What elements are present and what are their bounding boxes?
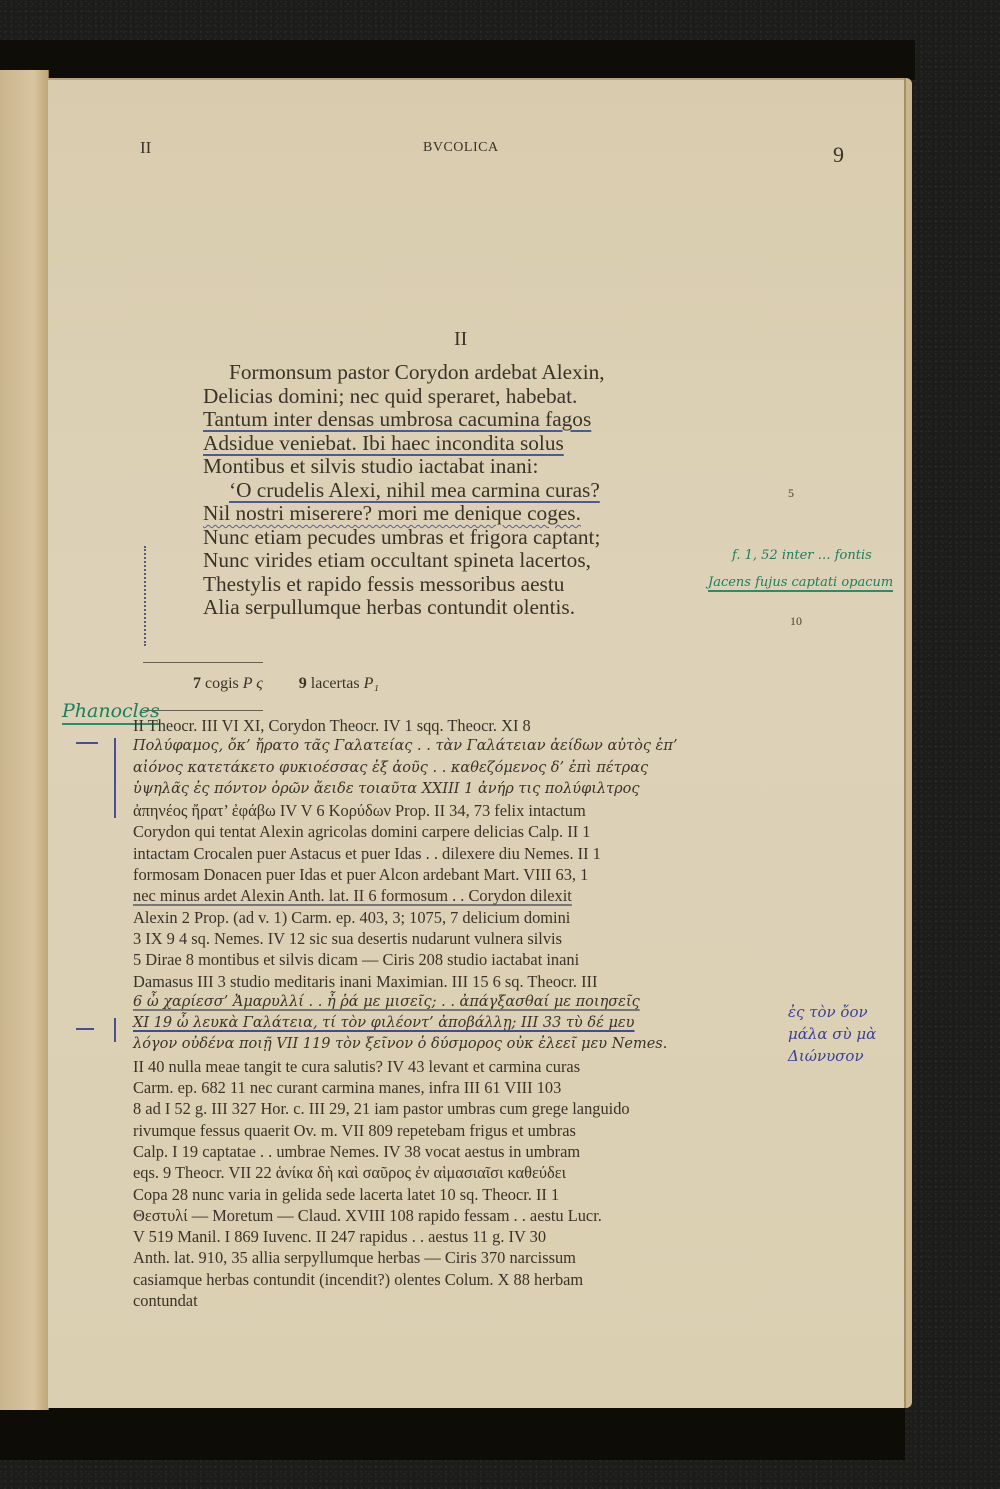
- note-line: formosam Donacen puer Idas et puer Alcon…: [133, 864, 830, 885]
- note-line: Θεστυλί — Moretum — Claud. XVIII 108 rap…: [133, 1205, 830, 1226]
- note-line: Damasus III 3 studio meditaris inani Max…: [133, 971, 830, 992]
- verse-11: Alia serpullumque herbas contundit olent…: [203, 596, 763, 620]
- note-line: 5 Dirae 8 montibus et silvis dicam — Cir…: [133, 949, 830, 970]
- verse-10: Thestylis et rapido fessis messoribus ae…: [203, 573, 763, 597]
- line-number-10: 10: [790, 614, 802, 629]
- note-line: αἰόνος κατετάκετο φυκιοέσσας ἐξ ἀοῦς . .…: [133, 758, 830, 779]
- note-line: intactam Crocalen puer Astacus et puer I…: [133, 843, 830, 864]
- verse-4: Adsidue veniebat. Ibi haec incondita sol…: [203, 432, 763, 456]
- running-header: II BVCOLICA 9: [48, 138, 906, 168]
- note-line: ἀπηνέος ἤρατ’ ἐφάβω IV V 6 Κορύδων Prop.…: [133, 800, 830, 821]
- commentary-notes: II Theocr. III VI XI, Corydon Theocr. IV…: [133, 715, 830, 1311]
- margin-wavy-mark: [144, 546, 156, 646]
- note-line: II 40 nulla meae tangit te cura salutis?…: [133, 1056, 830, 1077]
- rule-bottom: [143, 710, 263, 711]
- line-number-5: 5: [788, 486, 794, 501]
- verse-8: Nunc etiam pecudes umbras et frigora cap…: [203, 526, 763, 550]
- verse-2: Delicias domini; nec quid speraret, habe…: [203, 385, 763, 409]
- verse-7: Nil nostri miserere? mori me denique cog…: [203, 502, 763, 526]
- note-line: Anth. lat. 910, 35 allia serpyllumque he…: [133, 1247, 830, 1268]
- verse-9: Nunc virides etiam occultant spineta lac…: [203, 549, 763, 573]
- handwritten-green-note-2: Jacens fujus captati opacum: [708, 575, 893, 592]
- note-line: Alexin 2 Prop. (ad v. 1) Carm. ep. 403, …: [133, 907, 830, 928]
- note-line: 3 IX 9 4 sq. Nemes. IV 12 sic sua desert…: [133, 928, 830, 949]
- verse-6: ‘O crudelis Alexi, nihil mea carmina cur…: [203, 479, 763, 503]
- note-line: eqs. 9 Theocr. VII 22 ἁνίκα δὴ καὶ σαῦρο…: [133, 1162, 830, 1183]
- verse-5: Montibus et silvis studio iactabat inani…: [203, 455, 763, 479]
- note-line: rivumque fessus quaerit Ov. m. VII 809 r…: [133, 1120, 830, 1141]
- handwritten-green-note-1: f. 1, 52 inter … fontis: [732, 548, 872, 563]
- header-section-number: II: [140, 138, 151, 158]
- note-line: 8 ad I 52 g. III 327 Hor. c. III 29, 21 …: [133, 1098, 830, 1119]
- book-page: II BVCOLICA 9 II Formonsum pastor Corydo…: [48, 78, 912, 1408]
- note-line: contundat: [133, 1290, 830, 1311]
- note-line: λόγον οὐδένα ποιῇ VII 119 τὸν ξεῖνον ὁ δ…: [133, 1034, 830, 1055]
- note-line: II Theocr. III VI XI, Corydon Theocr. IV…: [133, 715, 830, 736]
- note-line: Corydon qui tentat Alexin agricolas domi…: [133, 821, 830, 842]
- poem-title: II: [454, 328, 467, 351]
- margin-dash-1: [76, 742, 98, 744]
- margin-dash-2: [76, 1028, 94, 1030]
- page-number: 9: [833, 142, 844, 168]
- verse-3: Tantum inter densas umbrosa cacumina fag…: [203, 408, 763, 432]
- page-stack-edge: [0, 70, 49, 1410]
- book-bottom-shadow: [0, 1405, 905, 1460]
- note-line: Carm. ep. 682 11 nec curant carmina mane…: [133, 1077, 830, 1098]
- margin-bar-1: [114, 738, 116, 818]
- handwritten-blue-greek-note: ἐς τὸν ὄον μάλα σὺ μὰ Διώνυσον: [788, 1001, 876, 1067]
- note-line: V 519 Manil. I 869 Iuvenc. II 247 rapidu…: [133, 1226, 830, 1247]
- header-title: BVCOLICA: [423, 140, 499, 156]
- note-line: ὑψηλᾶς ἐς πόντον ὁρῶν ἄειδε τοιαῦτα XXII…: [133, 779, 830, 800]
- note-line: nec minus ardet Alexin Anth. lat. II 6 f…: [133, 885, 830, 906]
- poem-text: Formonsum pastor Corydon ardebat Alexin,…: [203, 361, 763, 620]
- note-line: Calp. I 19 captatae . . umbrae Nemes. IV…: [133, 1141, 830, 1162]
- margin-bar-2: [114, 1018, 116, 1042]
- note-line: casiamque herbas contundit (incendit?) o…: [133, 1269, 830, 1290]
- note-line: Πολύφαμος, ὄκ’ ἤρατο τᾶς Γαλατείας . . τ…: [133, 736, 830, 757]
- book-top-shadow: [0, 40, 915, 80]
- note-line: 6 ὦ χαρίεσσ’ Ἀμαρυλλί . . ἦ ῥά με μισεῖς…: [133, 992, 830, 1013]
- note-line: XI 19 ὦ λευκὰ Γαλάτεια, τί τὸν φιλέοντ’ …: [133, 1013, 830, 1034]
- verse-1: Formonsum pastor Corydon ardebat Alexin,: [203, 361, 763, 385]
- rule-top: [143, 662, 263, 663]
- apparatus-criticus: 7 cogis P ς 9 lacertas P₁: [193, 675, 379, 693]
- note-line: Copa 28 nunc varia in gelida sede lacert…: [133, 1184, 830, 1205]
